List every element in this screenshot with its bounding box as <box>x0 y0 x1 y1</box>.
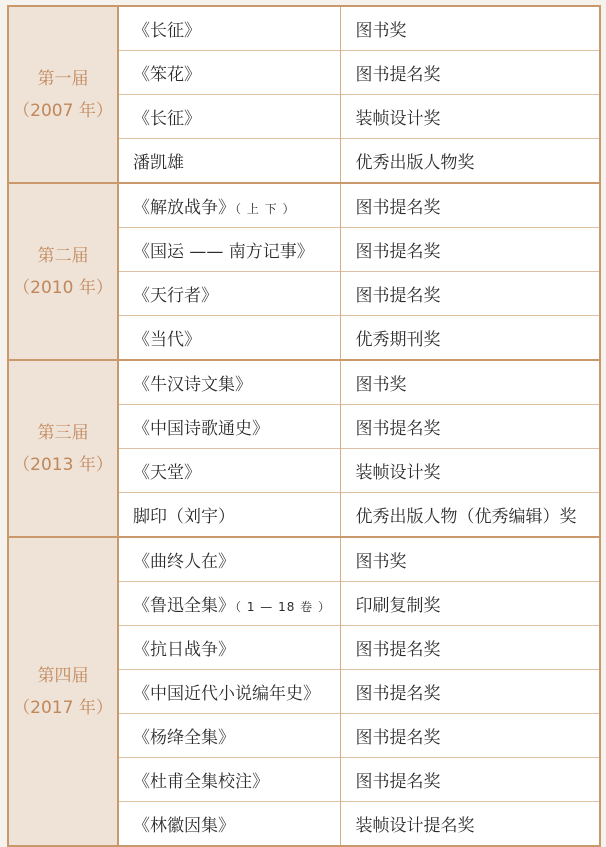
table-row: 第一届 （2007 年） 《长征》 图书奖 <box>8 6 600 51</box>
title-cell: 《长征》 <box>118 95 340 139</box>
award-cell: 优秀出版人物（优秀编辑）奖 <box>340 493 600 538</box>
session-year: （2007 年） <box>9 95 117 127</box>
session-year: （2017 年） <box>9 692 117 724</box>
award-cell: 印刷复制奖 <box>340 582 600 626</box>
table-row: 第四届 （2017 年） 《曲终人在》 图书奖 <box>8 537 600 582</box>
table-row: 第三届 （2013 年） 《牛汉诗文集》 图书奖 <box>8 360 600 405</box>
title-cell: 《当代》 <box>118 316 340 361</box>
session-cell: 第三届 （2013 年） <box>8 360 118 537</box>
title-cell: 《天行者》 <box>118 272 340 316</box>
award-cell: 优秀出版人物奖 <box>340 139 600 184</box>
session-label: 第一届 <box>9 63 117 95</box>
title-cell: 《解放战争》（ 上 下 ） <box>118 183 340 228</box>
award-cell: 优秀期刊奖 <box>340 316 600 361</box>
table-row: 第二届 （2010 年） 《解放战争》（ 上 下 ） 图书提名奖 <box>8 183 600 228</box>
award-cell: 图书提名奖 <box>340 183 600 228</box>
title-cell: 《鲁迅全集》（ 1 — 18 卷 ） <box>118 582 340 626</box>
title-cell: 脚印（刘宇） <box>118 493 340 538</box>
title-cell: 《天堂》 <box>118 449 340 493</box>
award-cell: 图书提名奖 <box>340 714 600 758</box>
award-cell: 图书提名奖 <box>340 51 600 95</box>
title-cell: 《杨绛全集》 <box>118 714 340 758</box>
award-cell: 图书奖 <box>340 537 600 582</box>
award-cell: 图书提名奖 <box>340 626 600 670</box>
title-cell: 《中国近代小说编年史》 <box>118 670 340 714</box>
session-cell: 第二届 （2010 年） <box>8 183 118 360</box>
title-cell: 《林徽因集》 <box>118 802 340 847</box>
award-cell: 图书提名奖 <box>340 228 600 272</box>
award-cell: 装帧设计奖 <box>340 95 600 139</box>
award-cell: 图书提名奖 <box>340 758 600 802</box>
award-cell: 装帧设计提名奖 <box>340 802 600 847</box>
award-cell: 图书奖 <box>340 360 600 405</box>
award-cell: 图书奖 <box>340 6 600 51</box>
session-label: 第三届 <box>9 417 117 449</box>
award-cell: 图书提名奖 <box>340 670 600 714</box>
title-cell: 《中国诗歌通史》 <box>118 405 340 449</box>
session-year: （2013 年） <box>9 449 117 481</box>
session-label: 第四届 <box>9 660 117 692</box>
session-year: （2010 年） <box>9 272 117 304</box>
awards-table: 第一届 （2007 年） 《长征》 图书奖 《笨花》 图书提名奖 《长征》 装帧… <box>7 5 601 847</box>
title-cell: 《笨花》 <box>118 51 340 95</box>
title-cell: 《抗日战争》 <box>118 626 340 670</box>
award-cell: 图书提名奖 <box>340 272 600 316</box>
award-cell: 图书提名奖 <box>340 405 600 449</box>
session-label: 第二届 <box>9 240 117 272</box>
title-cell: 《曲终人在》 <box>118 537 340 582</box>
title-cell: 《国运 —— 南方记事》 <box>118 228 340 272</box>
title-cell: 《牛汉诗文集》 <box>118 360 340 405</box>
session-cell: 第一届 （2007 年） <box>8 6 118 183</box>
title-cell: 潘凯雄 <box>118 139 340 184</box>
session-cell: 第四届 （2017 年） <box>8 537 118 846</box>
title-cell: 《杜甫全集校注》 <box>118 758 340 802</box>
title-cell: 《长征》 <box>118 6 340 51</box>
award-cell: 装帧设计奖 <box>340 449 600 493</box>
